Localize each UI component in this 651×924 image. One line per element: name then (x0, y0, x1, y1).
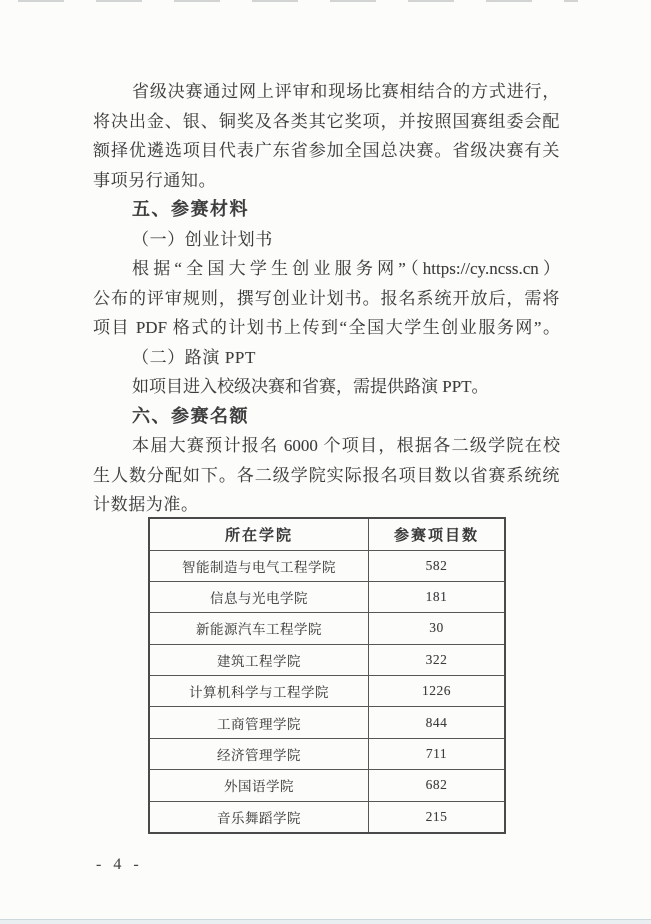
para2-line-2: 公布的评审规则，撰写创业计划书。报名系统开放后，需将 (93, 284, 560, 314)
para1-line-4: 事项另行通知。 (93, 166, 560, 196)
table-row: 计算机科学与工程学院 1226 (149, 676, 505, 707)
table-row: 智能制造与电气工程学院 582 (149, 550, 505, 581)
count-cell: 844 (369, 707, 506, 738)
para4-line-1: 本届大赛预计报名 6000 个项目，根据各二级学院在校 (93, 431, 560, 461)
college-cell: 建筑工程学院 (149, 644, 369, 675)
para1-line-2: 将决出金、银、铜奖及各类其它奖项，并按照国赛组委会配 (93, 107, 560, 137)
body-text: 省级决赛通过网上评审和现场比赛相结合的方式进行， 将决出金、银、铜奖及各类其它奖… (93, 77, 560, 520)
college-cell: 新能源汽车工程学院 (149, 613, 369, 644)
section-heading-materials: 五、参赛材料 (93, 195, 560, 225)
table-row: 信息与光电学院 181 (149, 581, 505, 612)
college-cell: 信息与光电学院 (149, 581, 369, 612)
para4-line-3: 计数据为准。 (93, 490, 560, 520)
count-cell: 322 (369, 644, 506, 675)
table-header-count: 参赛项目数 (369, 518, 506, 550)
count-cell: 30 (369, 613, 506, 644)
count-cell: 1226 (369, 676, 506, 707)
count-cell: 181 (369, 581, 506, 612)
table-row: 外国语学院 682 (149, 770, 505, 801)
page-number: - 4 - (96, 856, 143, 874)
count-cell: 711 (369, 738, 506, 769)
document-page: 省级决赛通过网上评审和现场比赛相结合的方式进行， 将决出金、银、铜奖及各类其它奖… (0, 0, 651, 924)
section-heading-quota: 六、参赛名额 (93, 402, 560, 432)
subsection-heading-business-plan: （一）创业计划书 (93, 225, 560, 255)
para1-line-3: 额择优遴选项目代表广东省参加全国总决赛。省级决赛有关 (93, 136, 560, 166)
college-cell: 智能制造与电气工程学院 (149, 550, 369, 581)
table-header-college: 所在学院 (149, 518, 369, 550)
college-cell: 外国语学院 (149, 770, 369, 801)
count-cell: 582 (369, 550, 506, 581)
scan-artifact-bottom (0, 919, 651, 924)
para2-line-3: 项目 PDF 格式的计划书上传到“全国大学生创业服务网”。 (93, 313, 560, 343)
table-row: 新能源汽车工程学院 30 (149, 613, 505, 644)
para4-line-2: 生人数分配如下。各二级学院实际报名项目数以省赛系统统 (93, 461, 560, 491)
college-cell: 经济管理学院 (149, 738, 369, 769)
subsection-heading-roadshow-ppt: （二）路演 PPT (93, 343, 560, 373)
table-header-row: 所在学院 参赛项目数 (149, 518, 505, 550)
table-row: 经济管理学院 711 (149, 738, 505, 769)
count-cell: 215 (369, 801, 506, 832)
college-cell: 工商管理学院 (149, 707, 369, 738)
quota-table: 所在学院 参赛项目数 智能制造与电气工程学院 582 信息与光电学院 181 新… (148, 517, 506, 834)
count-cell: 682 (369, 770, 506, 801)
scan-artifact-top (18, 0, 578, 2)
table-row: 工商管理学院 844 (149, 707, 505, 738)
table-row: 音乐舞蹈学院 215 (149, 801, 505, 832)
college-cell: 计算机科学与工程学院 (149, 676, 369, 707)
college-cell: 音乐舞蹈学院 (149, 801, 369, 832)
para1-line-1: 省级决赛通过网上评审和现场比赛相结合的方式进行， (93, 77, 560, 107)
para3-line-1: 如项目进入校级决赛和省赛，需提供路演 PPT。 (93, 372, 560, 402)
table-row: 建筑工程学院 322 (149, 644, 505, 675)
para2-line-1: 根据“全国大学生创业服务网”（https://cy.ncss.cn） (93, 254, 560, 284)
